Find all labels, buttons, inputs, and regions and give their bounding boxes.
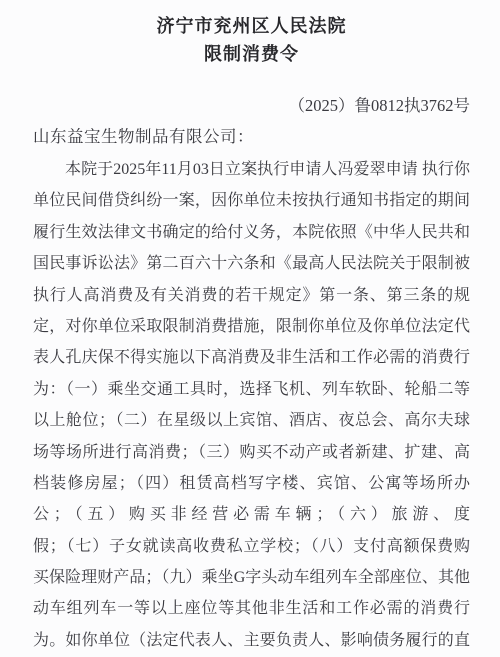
body-line: 为。如你单位（法定代表人、主要负责人、影响债务履行的直: [33, 625, 470, 656]
body-line: 以上舱位；（二）在星级以上宾馆、酒店、夜总会、高尔夫球: [33, 405, 470, 436]
body-line: 执行人高消费及有关消费的若干规定》第一条、第三条的规: [33, 280, 470, 311]
body-line: 定，对你单位采取限制消费措施，限制你单位及你单位法定代: [33, 311, 470, 342]
order-body: 本院于2025年11月03日立案执行申请人冯爱翠申请 执行你 单位民间借贷纠纷一…: [33, 154, 470, 656]
body-line: 单位民间借贷纠纷一案，因你单位未按执行通知书指定的期间: [33, 185, 470, 216]
document-page: 济宁市兖州区人民法院 限制消费令 （2025）鲁0812执3762号 山东益宝生…: [0, 0, 500, 657]
body-line: 档装修房屋；（四）租赁高档写字楼、宾馆、公寓等场所办: [33, 468, 470, 499]
court-name: 济宁市兖州区人民法院: [33, 12, 470, 40]
case-number: （2025）鲁0812执3762号: [33, 92, 470, 120]
body-line: 为：（一）乘坐交通工具时，选择飞机、列车软卧、轮船二等: [33, 374, 470, 405]
body-line: 买保险理财产品；（九）乘坐G字头动车组列车全部座位、其他: [33, 562, 470, 593]
body-line: 场等场所进行高消费；（三）购买不动产或者新建、扩建、高: [33, 437, 470, 468]
body-line: 表人孔庆保不得实施以下高消费及非生活和工作必需的消费行: [33, 342, 470, 373]
order-title: 限制消费令: [33, 40, 470, 68]
body-line: 本院于2025年11月03日立案执行申请人冯爱翠申请 执行你: [33, 154, 470, 185]
recipient-name: 山东益宝生物制品有限公司：: [33, 122, 470, 152]
body-line: 公；（五）购买非经营必需车辆；（六）旅游、度: [33, 499, 470, 530]
body-line: 国民事诉讼法》第二百六十六条和《最高人民法院关于限制被: [33, 248, 470, 279]
body-line: 动车组列车一等以上座位等其他非生活和工作必需的消费行: [33, 593, 470, 624]
body-line: 假；（七）子女就读高收费私立学校；（八）支付高额保费购: [33, 531, 470, 562]
body-line: 履行生效法律文书确定的给付义务，本院依照《中华人民共和: [33, 217, 470, 248]
